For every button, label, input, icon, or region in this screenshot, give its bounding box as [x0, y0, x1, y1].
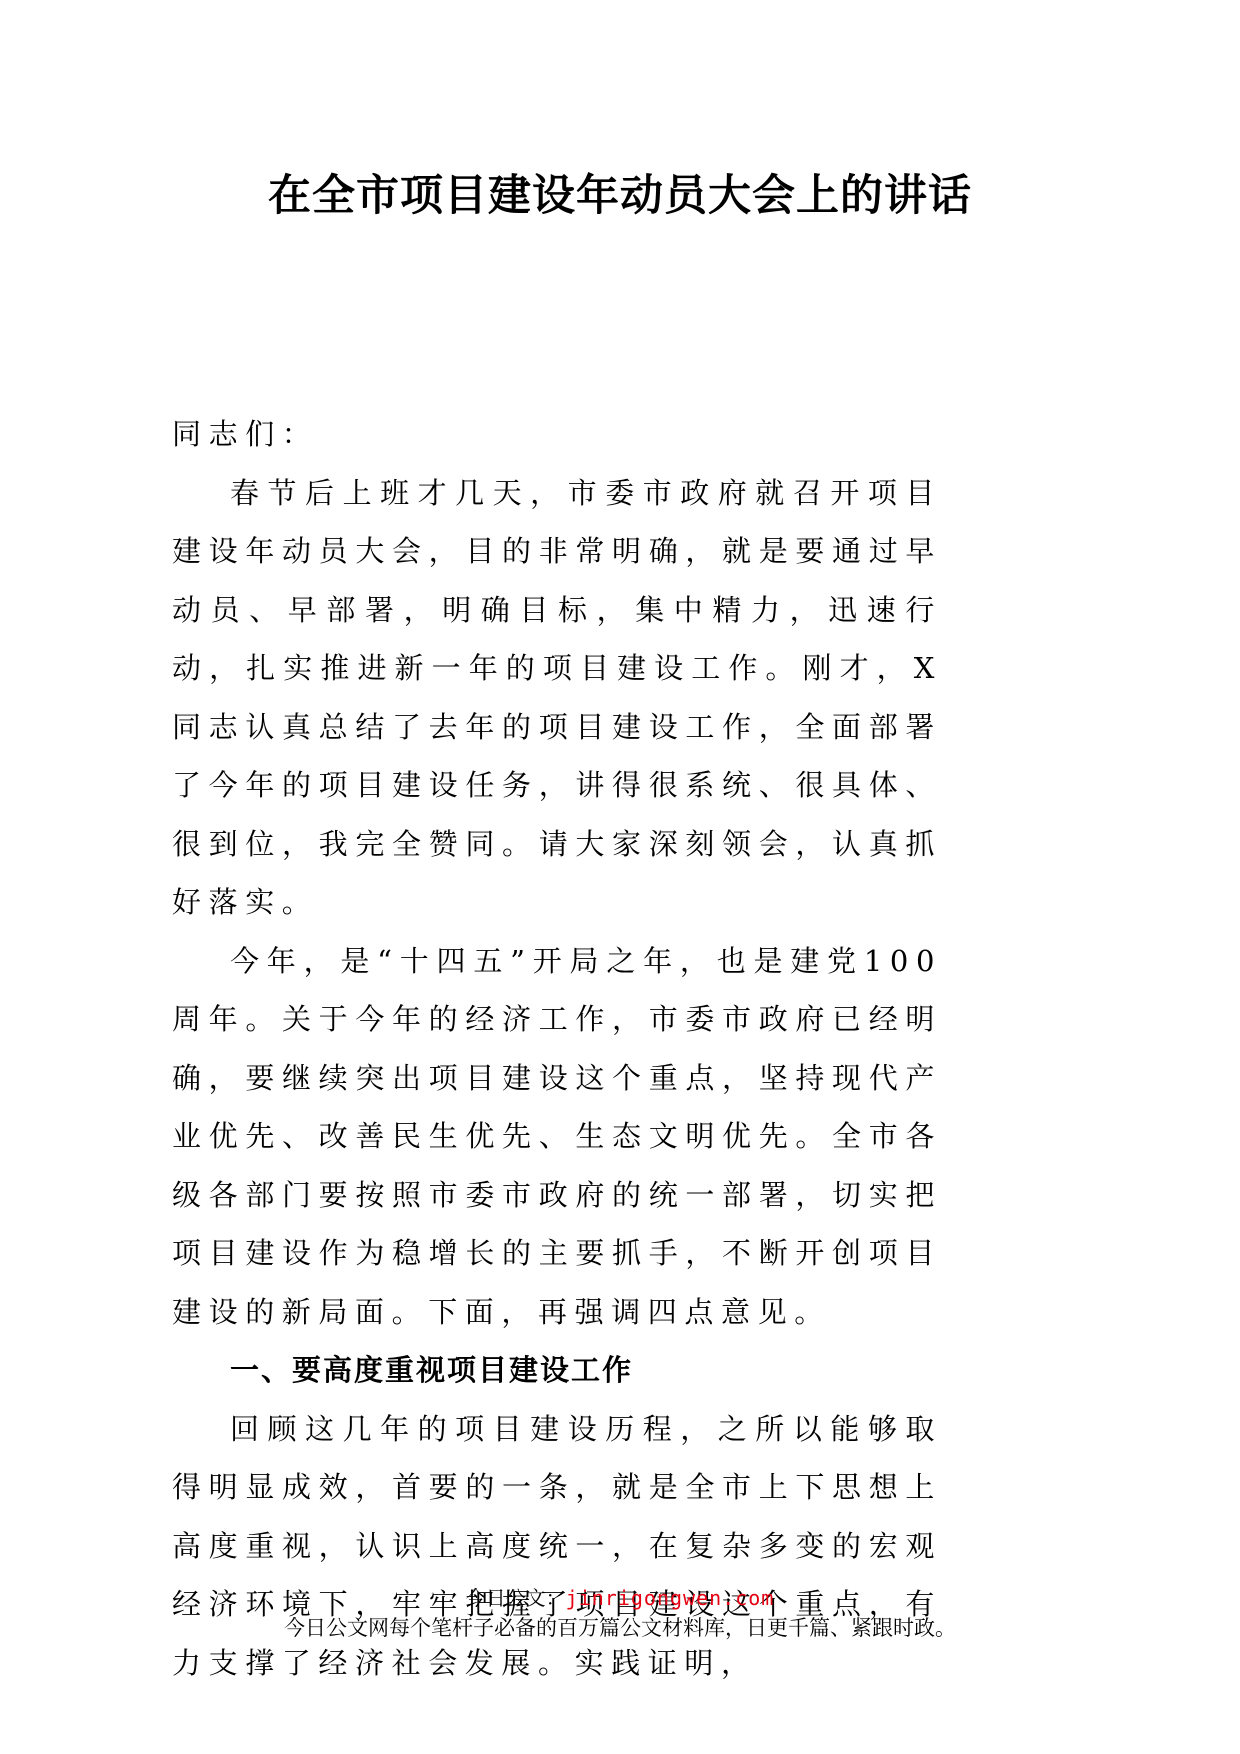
footer-source: 今日公文：jinrigongwen.com — [0, 1585, 1240, 1611]
body-paragraph: 春节后上班才几天，市委市政府就召开项目建设年动员大会，目的非常明确，就是要通过早… — [172, 464, 942, 932]
document-page: 在全市项目建设年动员大会上的讲话 同志们： 春节后上班才几天，市委市政府就召开项… — [0, 0, 1240, 1754]
body-paragraph: 今年，是“十四五”开局之年，也是建党100周年。关于今年的经济工作，市委市政府已… — [172, 932, 942, 1342]
salutation: 同志们： — [172, 405, 942, 464]
footer-site-label: 今日公文： — [466, 1586, 566, 1610]
footer-tagline: 今日公文网每个笔杆子必备的百万篇公文材料库，日更千篇、紧跟时政。 — [0, 1614, 1240, 1642]
footer-site-link[interactable]: jinrigongwen.com — [566, 1586, 775, 1610]
section-heading: 一、要高度重视项目建设工作 — [172, 1341, 942, 1400]
document-body: 同志们： 春节后上班才几天，市委市政府就召开项目建设年动员大会，目的非常明确，就… — [172, 405, 942, 1692]
body-paragraph: 回顾这几年的项目建设历程，之所以能够取得明显成效，首要的一条，就是全市上下思想上… — [172, 1400, 942, 1693]
document-title: 在全市项目建设年动员大会上的讲话 — [0, 168, 1240, 224]
